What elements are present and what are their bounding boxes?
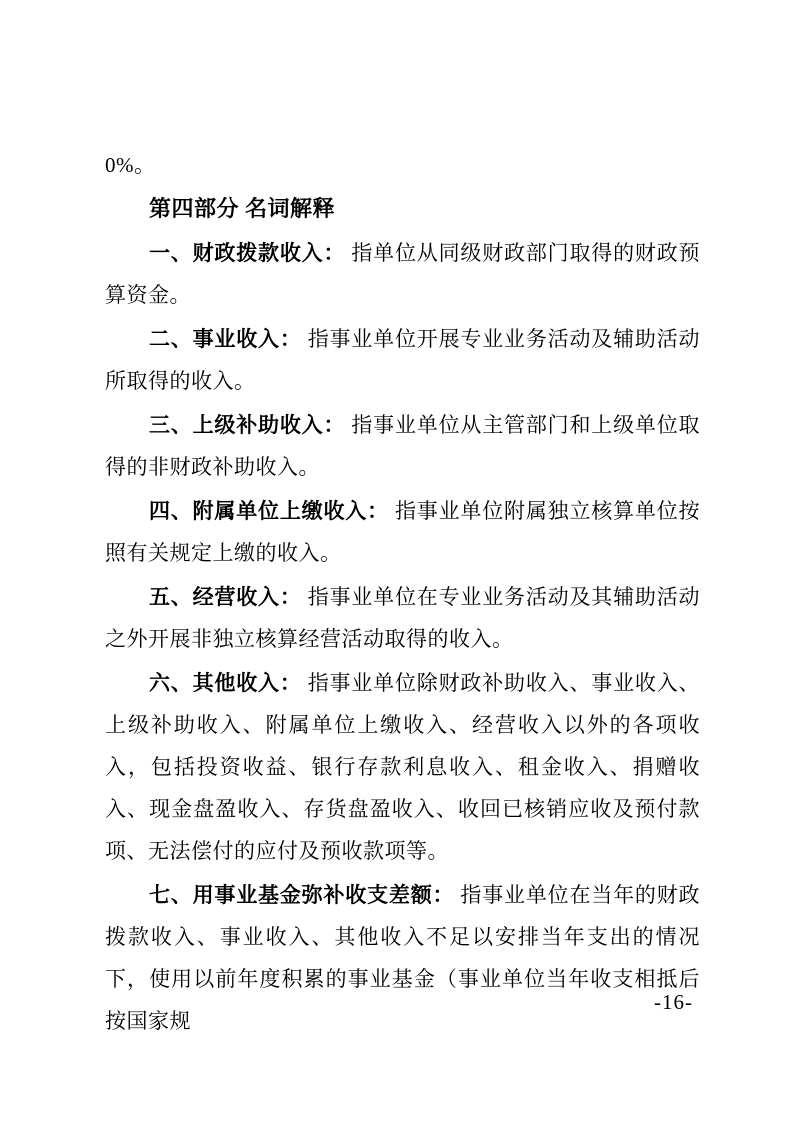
term-paragraph-6: 六、其他收入：指事业单位除财政补助收入、事业收入、上级补助收入、附属单位上缴收入… (105, 662, 700, 872)
term-paragraph-1: 一、财政拨款收入：指单位从同级财政部门取得的财政预算资金。 (105, 232, 700, 316)
term-label-5: 五、经营收入： (149, 585, 308, 609)
term-paragraph-5: 五、经营收入：指事业单位在专业业务活动及其辅助活动之外开展非独立核算经营活动取得… (105, 576, 700, 660)
term-label-6: 六、其他收入： (149, 671, 308, 695)
paragraph-continuation-text: 0%。 (105, 153, 156, 177)
term-label-1: 一、财政拨款收入： (149, 241, 351, 265)
term-paragraph-2: 二、事业收入：指事业单位开展专业业务活动及辅助活动所取得的收入。 (105, 318, 700, 402)
page-number: -16- (654, 988, 693, 1016)
term-label-2: 二、事业收入： (149, 327, 308, 351)
term-label-3: 三、上级补助收入： (149, 413, 351, 437)
term-definition-6: 指事业单位除财政补助收入、事业收入、上级补助收入、附属单位上缴收入、经营收入以外… (105, 671, 700, 863)
term-paragraph-3: 三、上级补助收入：指事业单位从主管部门和上级单位取得的非财政补助收入。 (105, 404, 700, 488)
term-label-4: 四、附属单位上缴收入： (149, 499, 395, 523)
term-paragraph-7: 七、用事业基金弥补收支差额：指事业单位在当年的财政拨款收入、事业收入、其他收入不… (105, 874, 700, 1042)
term-paragraph-4: 四、附属单位上缴收入：指事业单位附属独立核算单位按照有关规定上缴的收入。 (105, 490, 700, 574)
paragraph-continuation: 0%。 (105, 144, 700, 186)
section-heading: 第四部分 名词解释 (105, 188, 700, 230)
term-label-7: 七、用事业基金弥补收支差额： (149, 883, 460, 907)
document-page: 0%。 第四部分 名词解释 一、财政拨款收入：指单位从同级财政部门取得的财政预算… (0, 0, 793, 1122)
